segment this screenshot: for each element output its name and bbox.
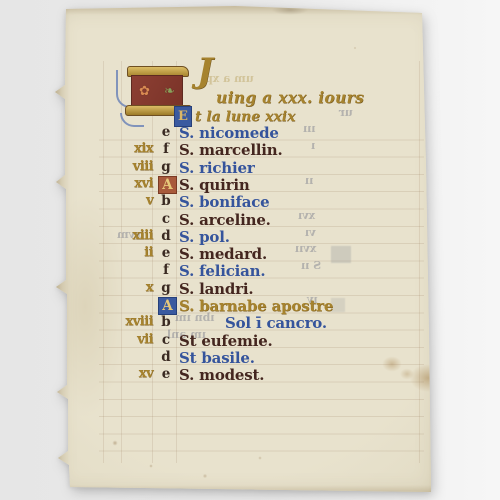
dominical-letter: A xyxy=(158,176,177,194)
golden-number: xv xyxy=(111,366,153,381)
dominical-letter: c xyxy=(156,211,176,227)
feast-entry: S. pol. xyxy=(179,228,230,246)
feast-entry: S. medard. xyxy=(179,245,267,263)
dominical-letter: b xyxy=(156,314,176,330)
feast-entry: S. barnabe apostre xyxy=(179,297,333,315)
calendar-row: c S. arceline. xyxy=(55,211,437,228)
manuscript-leaf: ııııııxvıvıxvııS ıııvıbn ımım anlxvmurum… xyxy=(55,6,437,495)
calendar-row: x g S. landri. xyxy=(55,280,437,297)
calendar-row: xiii d S. pol. xyxy=(55,228,437,245)
calendar-row: viii g S. richier xyxy=(55,159,437,176)
calendar-row: f S. felician. xyxy=(55,262,437,279)
golden-number: xiii xyxy=(111,228,153,243)
feast-entry: S. boniface xyxy=(179,193,270,211)
golden-number: v xyxy=(111,193,153,208)
golden-number: xvi xyxy=(111,176,153,191)
calendar-row: ii e S. medard. xyxy=(55,245,437,262)
dominical-letter: e xyxy=(156,124,176,140)
dominical-letter: f xyxy=(156,262,176,278)
calendar-row: xv e S. modest. xyxy=(55,366,437,383)
calendar-row: d St basile. xyxy=(55,349,437,366)
golden-number: xviii xyxy=(111,314,153,329)
golden-number: x xyxy=(111,280,153,295)
golden-number: viii xyxy=(111,159,153,174)
golden-number: xix xyxy=(111,141,153,156)
dominical-letter: f xyxy=(156,141,176,157)
golden-number: ii xyxy=(111,245,153,260)
dominical-letter: g xyxy=(156,159,176,175)
dominical-letter: A xyxy=(158,297,177,315)
calendar-row: A S. barnabe apostre xyxy=(55,297,437,314)
leaf-shadow-wrap: ııııııxvıvıxvııS ıııvıbn ımım anlxvmurum… xyxy=(55,6,437,495)
feast-entry: S. nicomede xyxy=(179,124,279,142)
dominical-letter: g xyxy=(156,280,176,296)
dominical-letter: d xyxy=(156,349,176,365)
feast-entry: St basile. xyxy=(179,349,255,367)
dominical-letter: c xyxy=(156,332,176,348)
feast-entry: S. richier xyxy=(179,159,255,177)
feast-entry: S. arceline. xyxy=(179,211,271,229)
feast-entry: S. modest. xyxy=(179,366,264,384)
feast-entry: S. marcellin. xyxy=(179,141,283,159)
calendar-row: xvi A S. quirin xyxy=(55,176,437,193)
golden-number: vii xyxy=(111,332,153,347)
photo-background: ııııııxvıvıxvııS ıııvıbn ımım anlxvmurum… xyxy=(0,0,500,500)
calendar-row: vii c St eufemie. xyxy=(55,332,437,349)
calendar-rows: e S. nicomede xix f S. marcellin. viii g… xyxy=(55,6,437,495)
calendar-row: v b S. boniface xyxy=(55,193,437,210)
feast-entry: Sol ī cancro. xyxy=(225,314,327,332)
dominical-letter: e xyxy=(156,366,176,382)
dominical-letter: d xyxy=(156,228,176,244)
calendar-row: e S. nicomede xyxy=(55,124,437,141)
feast-entry: S. felician. xyxy=(179,262,265,280)
feast-entry: S. quirin xyxy=(179,176,250,194)
dominical-letter: e xyxy=(156,245,176,261)
calendar-row: xviii b Sol ī cancro. xyxy=(55,314,437,331)
calendar-row: xix f S. marcellin. xyxy=(55,141,437,158)
dominical-letter: b xyxy=(156,193,176,209)
feast-entry: St eufemie. xyxy=(179,332,273,350)
feast-entry: S. landri. xyxy=(179,280,253,298)
